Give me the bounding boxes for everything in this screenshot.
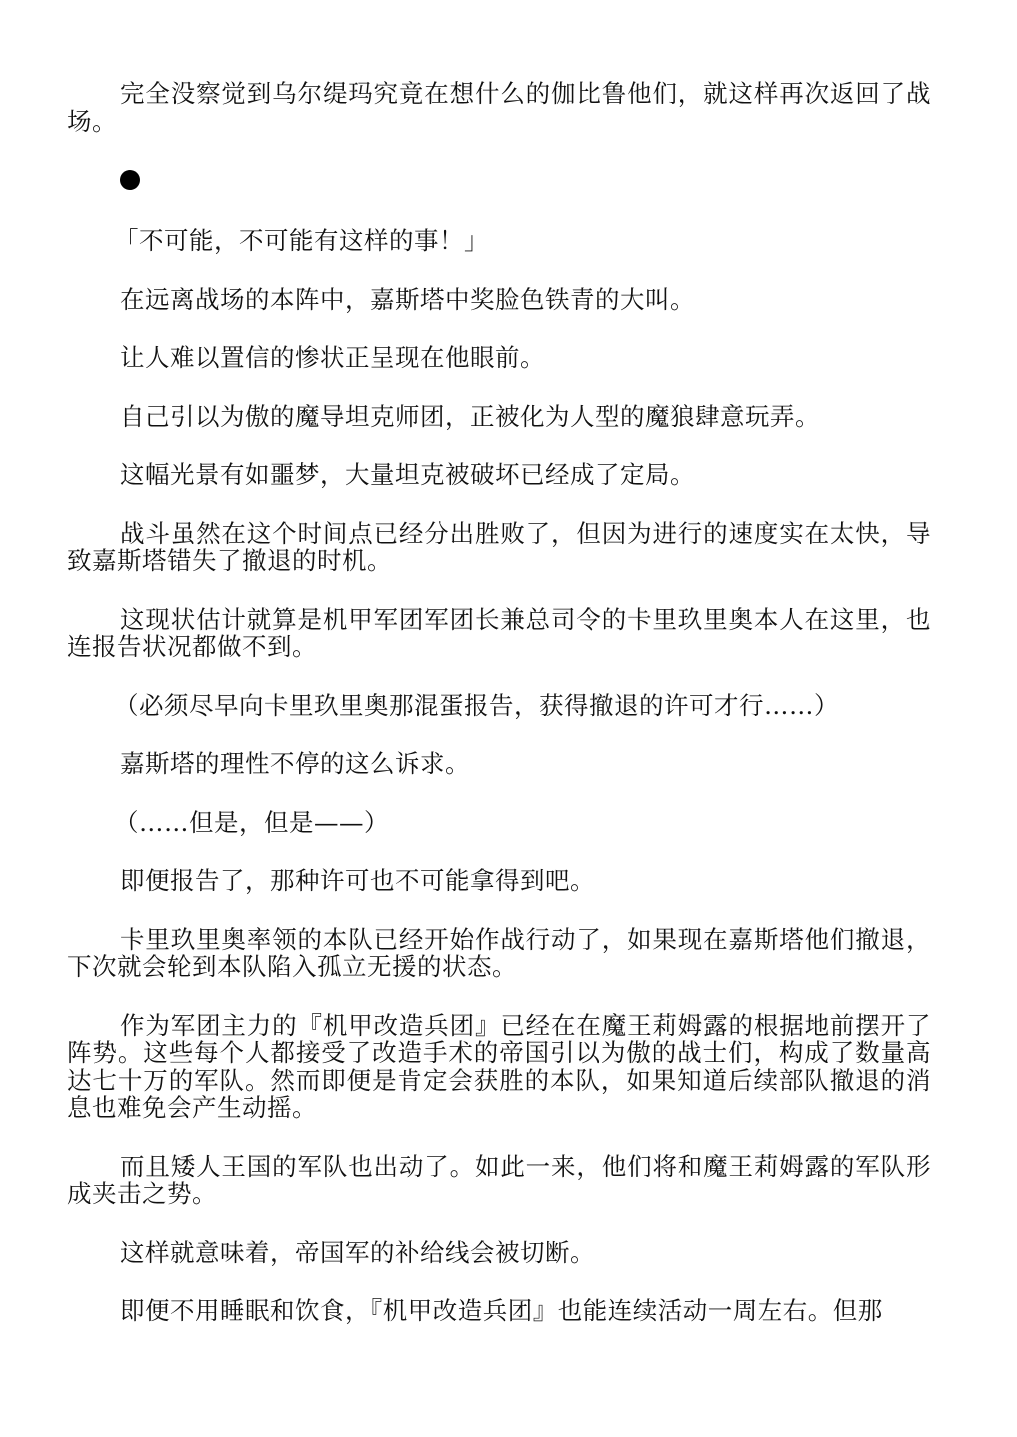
paragraph: 卡里玖里奥率领的本队已经开始作战行动了，如果现在嘉斯塔他们撤退，下次就会轮到本队… [67,926,931,981]
paragraph: 这现状估计就算是机甲军团军团长兼总司令的卡里玖里奥本人在这里，也连报告状况都做不… [67,606,931,661]
paragraph: 完全没察觉到乌尔缇玛究竟在想什么的伽比鲁他们，就这样再次返回了战场。 [67,80,931,135]
scene-separator [67,166,931,196]
paragraph: 作为军团主力的『机甲改造兵团』已经在在魔王莉姆露的根据地前摆开了阵势。这些每个人… [67,1012,931,1122]
bullet-icon [120,170,140,190]
paragraph: 而且矮人王国的军队也出动了。如此一来，他们将和魔王莉姆露的军队形成夹击之势。 [67,1153,931,1208]
document-page: 完全没察觉到乌尔缇玛究竟在想什么的伽比鲁他们，就这样再次返回了战场。 「不可能，… [67,80,931,1356]
dialog-paragraph: （……但是，但是——） [67,809,931,837]
paragraph: 在远离战场的本阵中，嘉斯塔中奖脸色铁青的大叫。 [67,286,931,314]
paragraph: 即便报告了，那种许可也不可能拿得到吧。 [67,867,931,895]
paragraph: 即便不用睡眠和饮食，『机甲改造兵团』也能连续活动一周左右。但那 [67,1297,931,1325]
paragraph: 战斗虽然在这个时间点已经分出胜败了，但因为进行的速度实在太快，导致嘉斯塔错失了撤… [67,520,931,575]
paragraph: 嘉斯塔的理性不停的这么诉求。 [67,750,931,778]
dialog-paragraph: （必须尽早向卡里玖里奥那混蛋报告，获得撤退的许可才行……） [67,692,931,720]
paragraph: 自己引以为傲的魔导坦克师团，正被化为人型的魔狼肆意玩弄。 [67,403,931,431]
dialog-paragraph: 「不可能，不可能有这样的事！」 [67,227,931,255]
paragraph: 这样就意味着，帝国军的补给线会被切断。 [67,1239,931,1267]
paragraph: 这幅光景有如噩梦，大量坦克被破坏已经成了定局。 [67,461,931,489]
paragraph: 让人难以置信的惨状正呈现在他眼前。 [67,344,931,372]
